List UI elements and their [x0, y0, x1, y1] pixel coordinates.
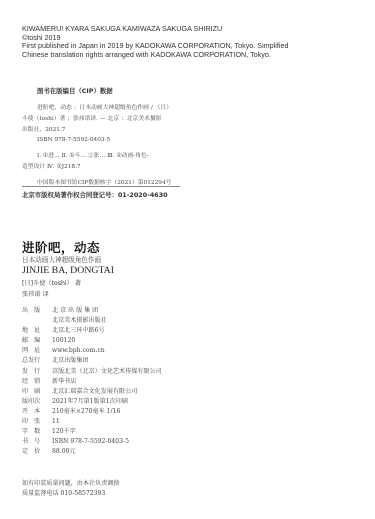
- rights-line: KIWAMERU! KYARA SAKUGA KAMIWAZA SAKUGA S…: [22, 25, 352, 34]
- colophon-row: 定价88.00元: [22, 447, 162, 457]
- colophon-label: 印刷: [22, 387, 52, 397]
- cip-number: 中国版本图书馆CIP数据核字（2021）第012294号: [37, 177, 171, 186]
- colophon-label: 开本: [22, 407, 52, 417]
- colophon-row: 邮编100120: [22, 336, 162, 346]
- cip-class-line: Ⅰ. ①进… Ⅱ. ①斗… ②张… Ⅲ. ①动画-角色-: [22, 151, 192, 162]
- colophon-label: 经销: [22, 377, 52, 387]
- colophon-value: ISBN 978-7-5592-0403-5: [52, 437, 129, 447]
- colophon-value: 北京美术摄影出版社: [52, 316, 107, 326]
- colophon-label: 发行: [22, 367, 52, 377]
- cip-class-line: 造型设计 Ⅳ. ①J218.7: [22, 162, 192, 173]
- book-pinyin-title: JINJIE BA, DONGTAI: [22, 265, 114, 276]
- colophon-value: 北 京 出 版 集 团: [52, 306, 98, 316]
- cip-entry: 进阶吧，动态 ：日本动画大神超级角色作画 / （日） 斗使（toshi）著 ；张…: [22, 103, 192, 173]
- colophon-label: 出版: [22, 306, 52, 316]
- colophon-label: [22, 316, 52, 326]
- colophon-value: 北京北三环中路6号: [52, 326, 105, 336]
- colophon-value: 11: [52, 417, 60, 427]
- colophon-row: 版印次2021年7月第1版第1次印刷: [22, 397, 162, 407]
- colophon-value: 210毫米×270毫米 1/16: [52, 407, 120, 417]
- rights-line: Chinese translation rights arranged with…: [22, 51, 352, 60]
- cip-isbn-line: ISBN 978-7-5592-0403-5: [22, 135, 192, 146]
- colophon-value: 北京出版集团: [52, 356, 89, 366]
- colophon-row: 印刷北京汇瑞嘉合文化发展有限公司: [22, 387, 162, 397]
- colophon-row: 出版北 京 出 版 集 团: [22, 306, 162, 316]
- rights-notice: KIWAMERU! KYARA SAKUGA KAMIWAZA SAKUGA S…: [22, 25, 352, 59]
- colophon-row: 北京美术摄影出版社: [22, 316, 162, 326]
- colophon-label: 总发行: [22, 356, 52, 366]
- cip-entry-line: 进阶吧，动态 ：日本动画大神超级角色作画 / （日）: [22, 103, 192, 114]
- quality-phone: 质量监督电话 010-58572393: [22, 489, 120, 499]
- colophon-row: 印张11: [22, 417, 162, 427]
- colophon-value: 北京汇瑞嘉合文化发展有限公司: [52, 387, 137, 397]
- colophon-label: 书号: [22, 437, 52, 447]
- colophon-value: www.bph.com.cn: [52, 346, 105, 356]
- colophon-label: 地址: [22, 326, 52, 336]
- colophon-value: 京版北美（北京）文化艺术传媒有限公司: [52, 367, 162, 377]
- copyright-registration: 北京市版权局著作权合同登记号：01-2020-4630: [22, 190, 168, 199]
- colophon-label: 邮编: [22, 336, 52, 346]
- author: [日]斗使（toshi） 著: [22, 278, 81, 287]
- divider: [22, 186, 180, 187]
- book-subtitle: 日本动画大神超级角色作画: [22, 254, 101, 264]
- cip-title: 图书在版编目（CIP）数据: [37, 86, 113, 95]
- colophon-label: 版印次: [22, 397, 52, 407]
- cip-entry-line: 斗使（toshi）著 ；张祎诺译. — 北京 ：北京美术摄影: [22, 114, 192, 125]
- colophon-row: 总发行北京出版集团: [22, 356, 162, 366]
- colophon-value: 新华书店: [52, 377, 76, 387]
- colophon-label: 印张: [22, 417, 52, 427]
- colophon-value: 2021年7月第1版第1次印刷: [52, 397, 128, 407]
- colophon: 出版北 京 出 版 集 团 北京美术摄影出版社 地址北京北三环中路6号 邮编10…: [22, 306, 162, 457]
- colophon-value: 100120: [52, 336, 75, 346]
- colophon-label: 网址: [22, 346, 52, 356]
- colophon-label: 字数: [22, 427, 52, 437]
- colophon-value: 88.00元: [52, 447, 76, 457]
- colophon-row: 开本210毫米×270毫米 1/16: [22, 407, 162, 417]
- colophon-row: 发行京版北美（北京）文化艺术传媒有限公司: [22, 367, 162, 377]
- cip-entry-line: 出版社，2021.7: [22, 125, 192, 136]
- quality-notice: 如有印装质量问题，由本社负责调换 质量监督电话 010-58572393: [22, 479, 120, 500]
- colophon-row: 网址www.bph.com.cn: [22, 346, 162, 356]
- quality-line: 如有印装质量问题，由本社负责调换: [22, 479, 120, 489]
- colophon-row: 字数120千字: [22, 427, 162, 437]
- colophon-label: 定价: [22, 447, 52, 457]
- colophon-row: 书号ISBN 978-7-5592-0403-5: [22, 437, 162, 447]
- translator: 张祎诺 译: [22, 289, 49, 298]
- colophon-row: 地址北京北三环中路6号: [22, 326, 162, 336]
- colophon-value: 120千字: [52, 427, 76, 437]
- colophon-row: 经销新华书店: [22, 377, 162, 387]
